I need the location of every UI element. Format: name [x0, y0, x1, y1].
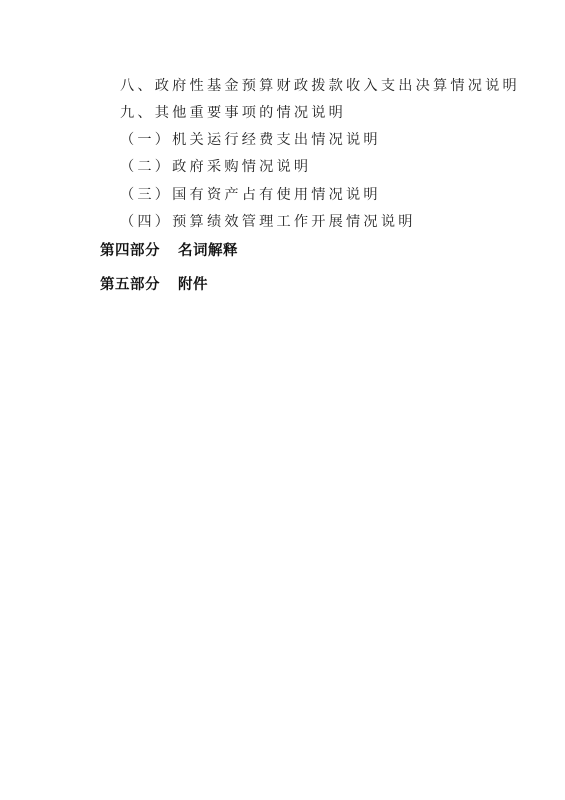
toc-subitem-1: （一）机关运行经费支出情况说明 [120, 131, 381, 149]
toc-subitem-3: （三）国有资产占有使用情况说明 [120, 186, 381, 204]
toc-item-9: 九、其他重要事项的情况说明 [120, 104, 346, 122]
part-four-title: 名词解释 [178, 243, 238, 259]
part-five-heading: 第五部分附件 [100, 276, 208, 294]
document-page: 八、政府性基金预算财政拨款收入支出决算情况说明 九、其他重要事项的情况说明 （一… [0, 0, 565, 800]
part-five-label: 第五部分 [100, 277, 160, 293]
toc-item-8: 八、政府性基金预算财政拨款收入支出决算情况说明 [120, 77, 520, 95]
toc-subitem-4: （四）预算绩效管理工作开展情况说明 [120, 213, 416, 231]
part-four-label: 第四部分 [100, 243, 160, 259]
part-four-heading: 第四部分名词解释 [100, 242, 238, 260]
part-five-title: 附件 [178, 277, 208, 293]
toc-subitem-2: （二）政府采购情况说明 [120, 158, 311, 176]
